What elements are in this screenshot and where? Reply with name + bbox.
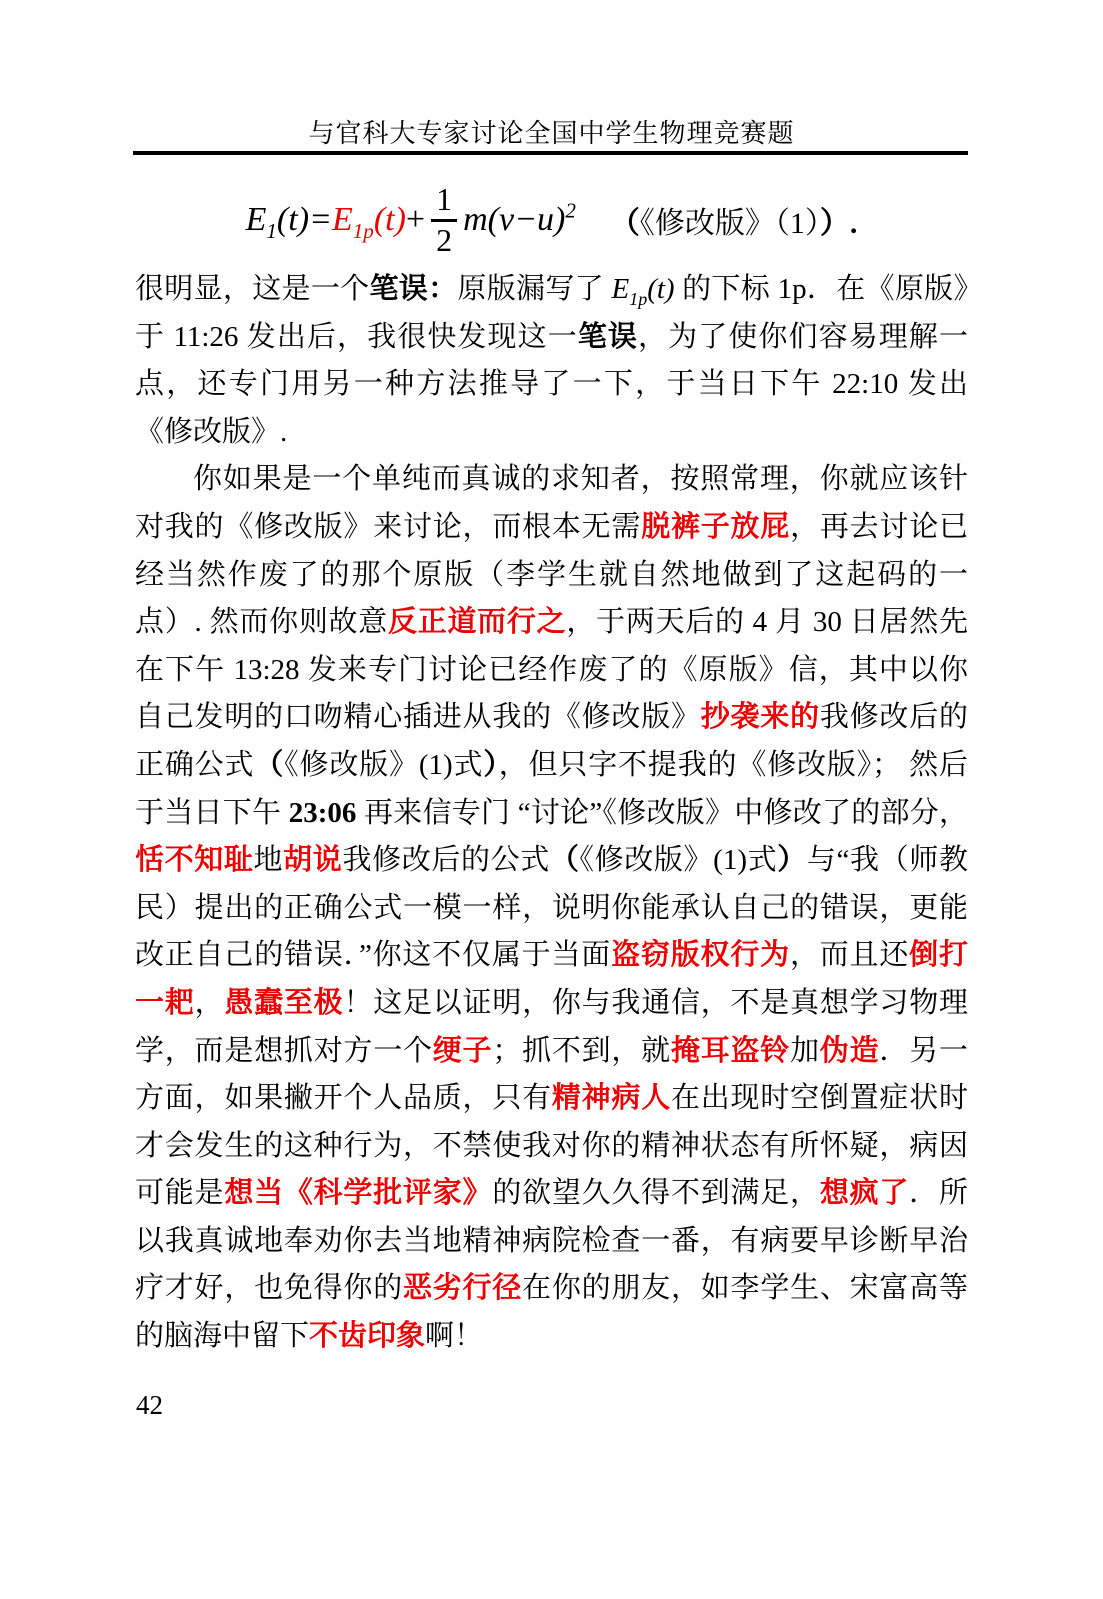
header-divider — [133, 151, 968, 155]
bold-serif-emphasis: （ — [254, 749, 284, 781]
equation-block: E1(t)=E1p(t)+12m(v−u)2（《修改版》（1））. — [135, 172, 968, 268]
red-emphasis: 胡说 — [283, 844, 342, 876]
body-paragraphs: 很明显，这是一个笔误：原版漏写了 E1p(t) 的下标 1p．在《原版》于 11… — [135, 266, 968, 1361]
red-emphasis: 掩耳盗铃 — [671, 1035, 790, 1067]
equation-red-term: E1p(t) — [332, 201, 406, 239]
text-run: ， — [195, 987, 225, 1019]
equation-plus-sign: + — [406, 201, 425, 239]
text-run: 啊！ — [425, 1320, 483, 1352]
bold-emphasis: 笔误： — [369, 273, 457, 305]
fraction-one-half: 12 — [431, 183, 457, 257]
text-run: 加 — [790, 1035, 820, 1067]
bold-serif-emphasis: ） — [483, 749, 498, 781]
equation-label-close-paren: ）. — [820, 207, 858, 240]
red-emphasis: 愚蠢至极 — [224, 987, 343, 1019]
red-emphasis: 想疯了 — [820, 1177, 909, 1209]
paragraph: 你如果是一个单纯而真诚的求知者，按照常理，你就应该针对我的《修改版》来讨论，而根… — [135, 456, 968, 1360]
text-run: ，而且还 — [790, 939, 909, 971]
equation-label-open-paren: （ — [610, 207, 640, 240]
paragraph: 很明显，这是一个笔误：原版漏写了 E1p(t) 的下标 1p．在《原版》于 11… — [135, 266, 968, 456]
equation-lhs: E1(t)= — [246, 201, 332, 239]
red-emphasis: 绠子 — [433, 1035, 493, 1067]
red-emphasis: 盗窃版权行为 — [611, 939, 790, 971]
text-run: 《修改版》(1)式 — [284, 749, 483, 781]
red-emphasis: 恶劣行径 — [403, 1272, 522, 1304]
text-run: ；抓不到，就 — [492, 1035, 671, 1067]
fraction-denominator: 2 — [436, 224, 452, 258]
red-emphasis: 恬不知耻 — [135, 844, 254, 876]
page-header-title: 与官科大专家讨论全国中学生物理竞赛题 — [135, 113, 968, 150]
document-page: 与官科大专家讨论全国中学生物理竞赛题 E1(t)=E1p(t)+12m(v−u)… — [0, 0, 1103, 1599]
bold-serif-emphasis: 23:06 — [289, 797, 357, 829]
red-emphasis: 不齿印象 — [309, 1320, 425, 1352]
equation-label: （《修改版》（1））. — [610, 198, 858, 242]
red-emphasis: 脱裤子放屁 — [641, 511, 790, 543]
red-emphasis: 抄袭来的 — [701, 701, 820, 733]
inline-math: E1p(t) — [612, 273, 675, 305]
fraction-numerator: 1 — [436, 183, 452, 217]
page-number: 42 — [136, 1390, 163, 1421]
bold-emphasis: 笔误 — [578, 321, 638, 353]
red-emphasis: 反正道而行之 — [388, 606, 566, 638]
equation-rhs: m(v−u)2 — [463, 201, 576, 239]
bold-serif-emphasis: ） — [777, 844, 807, 876]
text-run: 《修改版》(1)式 — [580, 844, 778, 876]
red-emphasis: 伪造 — [820, 1035, 880, 1067]
red-emphasis: 想当《科学批评家》 — [224, 1177, 492, 1209]
equation-label-text: 《修改版》（1） — [640, 207, 820, 240]
text-run: 再来信专门 “讨论”《修改版》中修改了的部分， — [356, 797, 968, 829]
text-run: 原版漏写了 — [457, 273, 611, 305]
red-emphasis: 精神病人 — [552, 1082, 671, 1114]
bold-serif-emphasis: （ — [550, 844, 580, 876]
text-run: 很明显，这是一个 — [135, 273, 369, 305]
text-run: 的欲望久久得不到满足， — [492, 1177, 820, 1209]
text-run: 地 — [254, 844, 284, 876]
text-run: 我修改后的公式 — [342, 844, 549, 876]
